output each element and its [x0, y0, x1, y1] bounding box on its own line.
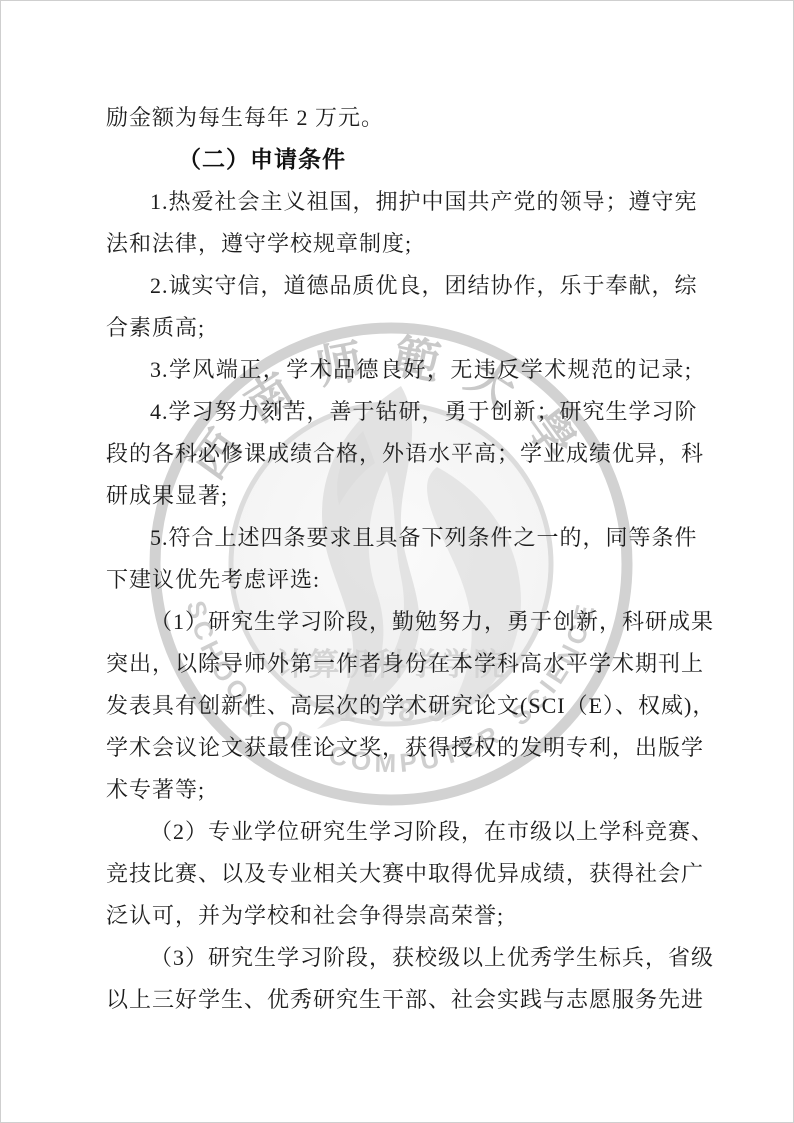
text-line: （1）研究生学习阶段，勤勉努力，勇于创新，科研成果	[106, 601, 692, 643]
text-line: 合素质高;	[106, 307, 692, 349]
text-line: 下建议优先考虑评选:	[106, 559, 692, 601]
text-line: 2.诚实守信，道德品质优良，团结协作，乐于奉献，综	[106, 265, 692, 307]
text-line: 术专著等;	[106, 769, 692, 811]
text-line: 段的各科必修课成绩合格，外语水平高；学业成绩优异，科	[106, 433, 692, 475]
text-line: 泛认可，并为学校和社会争得崇高荣誉;	[106, 895, 692, 937]
text-line: 1.热爱社会主义祖国，拥护中国共产党的领导；遵守宪	[106, 181, 692, 223]
text-line: 研成果显著;	[106, 475, 692, 517]
text-line: 以上三好学生、优秀研究生干部、社会实践与志愿服务先进	[106, 979, 692, 1021]
text-line: 3.学风端正，学术品德良好，无违反学术规范的记录;	[106, 349, 692, 391]
text-line: 法和法律，遵守学校规章制度;	[106, 223, 692, 265]
text-line: 4.学习努力刻苦，善于钻研，勇于创新；研究生学习阶	[106, 391, 692, 433]
text-line: 突出，以除导师外第一作者身份在本学科高水平学术期刊上	[106, 643, 692, 685]
text-line: 发表具有创新性、高层次的学术研究论文(SCI（E）、权威)，	[106, 685, 692, 727]
document-page: 西南师範大學 SCHOOL OF COMPUTER SCIENCE 计算机科学学…	[0, 0, 794, 1123]
section-heading: （二）申请条件	[106, 139, 692, 181]
text-line: 学术会议论文获最佳论文奖，获得授权的发明专利，出版学	[106, 727, 692, 769]
text-line: 励金额为每生每年 2 万元。	[106, 97, 692, 139]
text-line: 竞技比赛、以及专业相关大赛中取得优异成绩，获得社会广	[106, 853, 692, 895]
document-content: 励金额为每生每年 2 万元。（二）申请条件1.热爱社会主义祖国，拥护中国共产党的…	[1, 1, 793, 1021]
text-line: （2）专业学位研究生学习阶段，在市级以上学科竞赛、	[106, 811, 692, 853]
text-line: 5.符合上述四条要求且具备下列条件之一的，同等条件	[106, 517, 692, 559]
text-line: （3）研究生学习阶段，获校级以上优秀学生标兵，省级	[106, 937, 692, 979]
